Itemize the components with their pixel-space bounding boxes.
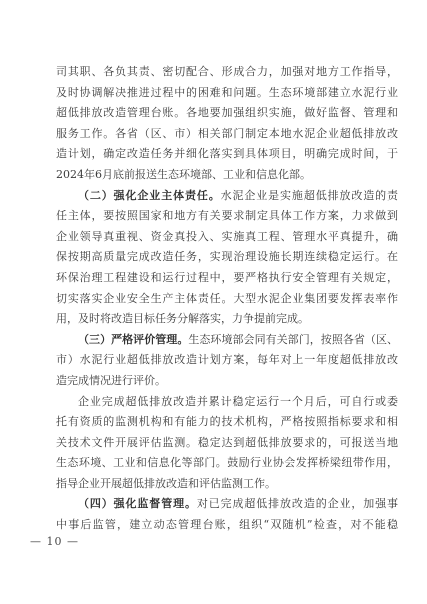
text-line: 指导企业开展超低排放改造和评估监测工作。	[56, 474, 398, 495]
text-segment: 切实落实企业安全生产主体责任。大型水泥企业集团要发挥表率作	[56, 292, 398, 305]
text-line: （二）强化企业主体责任。水泥企业是实施超低排放改造的责	[56, 186, 398, 207]
text-segment: 市）水泥行业超低排放改造计划方案，每年对上一年度超低排放改	[56, 353, 398, 366]
text-segment: 水泥企业是实施超低排放改造的责	[221, 189, 398, 202]
text-line: 司其职、各负其责、密切配合、形成合力，加强对地方工作指导，	[56, 62, 398, 83]
text-segment: 司其职、各负其责、密切配合、形成合力，加强对地方工作指导，	[56, 65, 398, 78]
text-segment: 及时协调解决推进过程中的困难和问题。生态环境部建立水泥行业	[56, 86, 398, 99]
text-segment: 企业领导真重视、资金真投入、实施真工程、管理水平真提升，确	[56, 230, 398, 243]
text-line: 中事后监管，建立动态管理台账，组织“双随机”检查，对不能稳	[56, 515, 398, 536]
text-segment: 对已完成超低排放改造的企业，加强事	[197, 497, 398, 510]
text-line: 切实落实企业安全生产主体责任。大型水泥企业集团要发挥表率作	[56, 289, 398, 310]
text-segment: 2024年6月底前报送生态环境部、工业和信息化部。	[56, 168, 311, 181]
page-number: — 10 —	[30, 534, 79, 550]
text-line: （四）强化监督管理。对已完成超低排放改造的企业，加强事	[56, 494, 398, 515]
text-line: 企业完成超低排放改造并累计稳定运行一个月后，可自行或委	[56, 392, 398, 413]
text-line: 2024年6月底前报送生态环境部、工业和信息化部。	[56, 165, 398, 186]
text-segment: 生态环境部会同有关部门，按照各省（区、	[188, 333, 398, 346]
text-line: 关技术文件开展评估监测。稳定达到超低排放要求的，可报送当地	[56, 433, 398, 454]
text-segment: 关技术文件开展评估监测。稳定达到超低排放要求的，可报送当地	[56, 436, 398, 449]
text-segment: 用，及时将改造目标任务分解落实，力争提前完成。	[56, 312, 309, 325]
text-line: （三）严格评价管理。生态环境部会同有关部门，按照各省（区、	[56, 330, 398, 351]
document-body: 司其职、各负其责、密切配合、形成合力，加强对地方工作指导，及时协调解决推进过程中…	[56, 62, 398, 536]
text-line: 托有资质的监测机构和有能力的技术机构，严格按照指标要求和相	[56, 412, 398, 433]
text-segment: 造计划，确定改造任务并细化落实到具体项目，明确完成时间，于	[56, 147, 398, 160]
text-line: 服务工作。各省（区、市）相关部门制定本地水泥企业超低排放改	[56, 124, 398, 145]
text-line: 造完成情况进行评价。	[56, 371, 398, 392]
text-line: 生态环境、工业和信息化等部门。鼓励行业协会发挥桥梁纽带作用，	[56, 453, 398, 474]
text-line: 及时协调解决推进过程中的困难和问题。生态环境部建立水泥行业	[56, 83, 398, 104]
text-segment: 托有资质的监测机构和有能力的技术机构，严格按照指标要求和相	[56, 415, 398, 428]
section-heading: （二）强化企业主体责任。	[78, 189, 221, 202]
text-line: 用，及时将改造目标任务分解落实，力争提前完成。	[56, 309, 398, 330]
text-line: 企业领导真重视、资金真投入、实施真工程、管理水平真提升，确	[56, 227, 398, 248]
text-line: 任主体，要按照国家和地方有关要求制定具体工作方案，力求做到	[56, 206, 398, 227]
text-segment: 生态环境、工业和信息化等部门。鼓励行业协会发挥桥梁纽带作用，	[56, 456, 398, 469]
text-segment: 中事后监管，建立动态管理台账，组织“双随机”检查，对不能稳	[56, 518, 398, 531]
text-segment: 造完成情况进行评价。	[56, 374, 166, 387]
text-segment: 超低排放改造管理台账。各地要加强组织实施，做好监督、管理和	[56, 106, 398, 119]
text-line: 环保治理工程建设和运行过程中，要严格执行安全管理有关规定，	[56, 268, 398, 289]
text-segment: 指导企业开展超低排放改造和评估监测工作。	[56, 477, 276, 490]
text-line: 保按期高质量完成改造任务，实现治理设施长期连续稳定运行。在	[56, 247, 398, 268]
text-line: 超低排放改造管理台账。各地要加强组织实施，做好监督、管理和	[56, 103, 398, 124]
text-segment: 企业完成超低排放改造并累计稳定运行一个月后，可自行或委	[78, 395, 398, 408]
text-segment: 环保治理工程建设和运行过程中，要严格执行安全管理有关规定，	[56, 271, 398, 284]
section-heading: （三）严格评价管理。	[78, 333, 188, 346]
text-segment: 保按期高质量完成改造任务，实现治理设施长期连续稳定运行。在	[56, 250, 398, 263]
text-segment: 任主体，要按照国家和地方有关要求制定具体工作方案，力求做到	[56, 209, 398, 222]
document-page: 司其职、各负其责、密切配合、形成合力，加强对地方工作指导，及时协调解决推进过程中…	[0, 0, 427, 604]
section-heading: （四）强化监督管理。	[78, 497, 197, 510]
text-line: 市）水泥行业超低排放改造计划方案，每年对上一年度超低排放改	[56, 350, 398, 371]
text-line: 造计划，确定改造任务并细化落实到具体项目，明确完成时间，于	[56, 144, 398, 165]
text-segment: 服务工作。各省（区、市）相关部门制定本地水泥企业超低排放改	[56, 127, 398, 140]
